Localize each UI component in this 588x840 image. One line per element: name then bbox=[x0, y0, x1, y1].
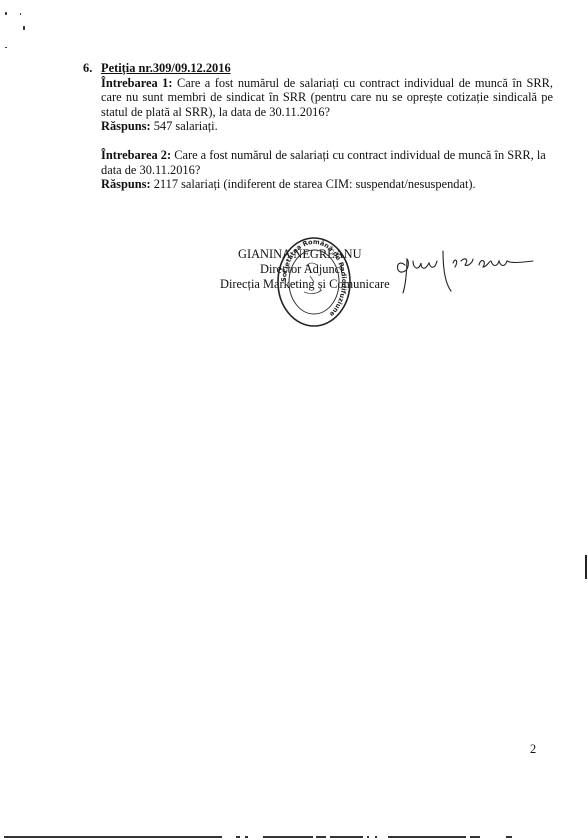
question-label: Întrebarea 2: bbox=[101, 148, 171, 162]
page-number: 2 bbox=[530, 742, 536, 757]
footer-rule bbox=[236, 836, 240, 838]
section-title: Petiția nr.309/09.12.2016 bbox=[101, 61, 231, 76]
footer-rule bbox=[330, 836, 363, 838]
official-stamp-icon: Societatea Română de Radiodifuziune bbox=[276, 236, 352, 328]
answer-label: Răspuns: bbox=[101, 177, 151, 191]
answer-text: 2117 salariați (indiferent de starea CIM… bbox=[151, 177, 476, 191]
scan-speck bbox=[5, 47, 7, 48]
question-block-2: Întrebarea 2: Care a fost numărul de sal… bbox=[101, 148, 553, 192]
footer-rule bbox=[4, 836, 222, 838]
section-number: 6. bbox=[83, 61, 92, 76]
question-label: Întrebarea 1: bbox=[101, 76, 172, 90]
footer-rule bbox=[245, 836, 248, 838]
footer-rule bbox=[506, 836, 512, 838]
question-block-1: Întrebarea 1: Care a fost numărul de sal… bbox=[101, 76, 553, 134]
footer-rule bbox=[316, 836, 326, 838]
footer-rule bbox=[470, 836, 480, 838]
footer-rule bbox=[375, 836, 377, 838]
scan-speck bbox=[20, 13, 21, 15]
answer-label: Răspuns: bbox=[101, 119, 151, 133]
footer-rule bbox=[388, 836, 466, 838]
answer-text: 547 salariați. bbox=[151, 119, 218, 133]
scan-speck bbox=[23, 26, 25, 30]
handwritten-signature-icon bbox=[393, 247, 543, 297]
footer-rule bbox=[367, 836, 369, 838]
scan-margin-mark bbox=[585, 555, 587, 579]
footer-rule bbox=[263, 836, 313, 838]
scan-speck bbox=[5, 12, 7, 15]
